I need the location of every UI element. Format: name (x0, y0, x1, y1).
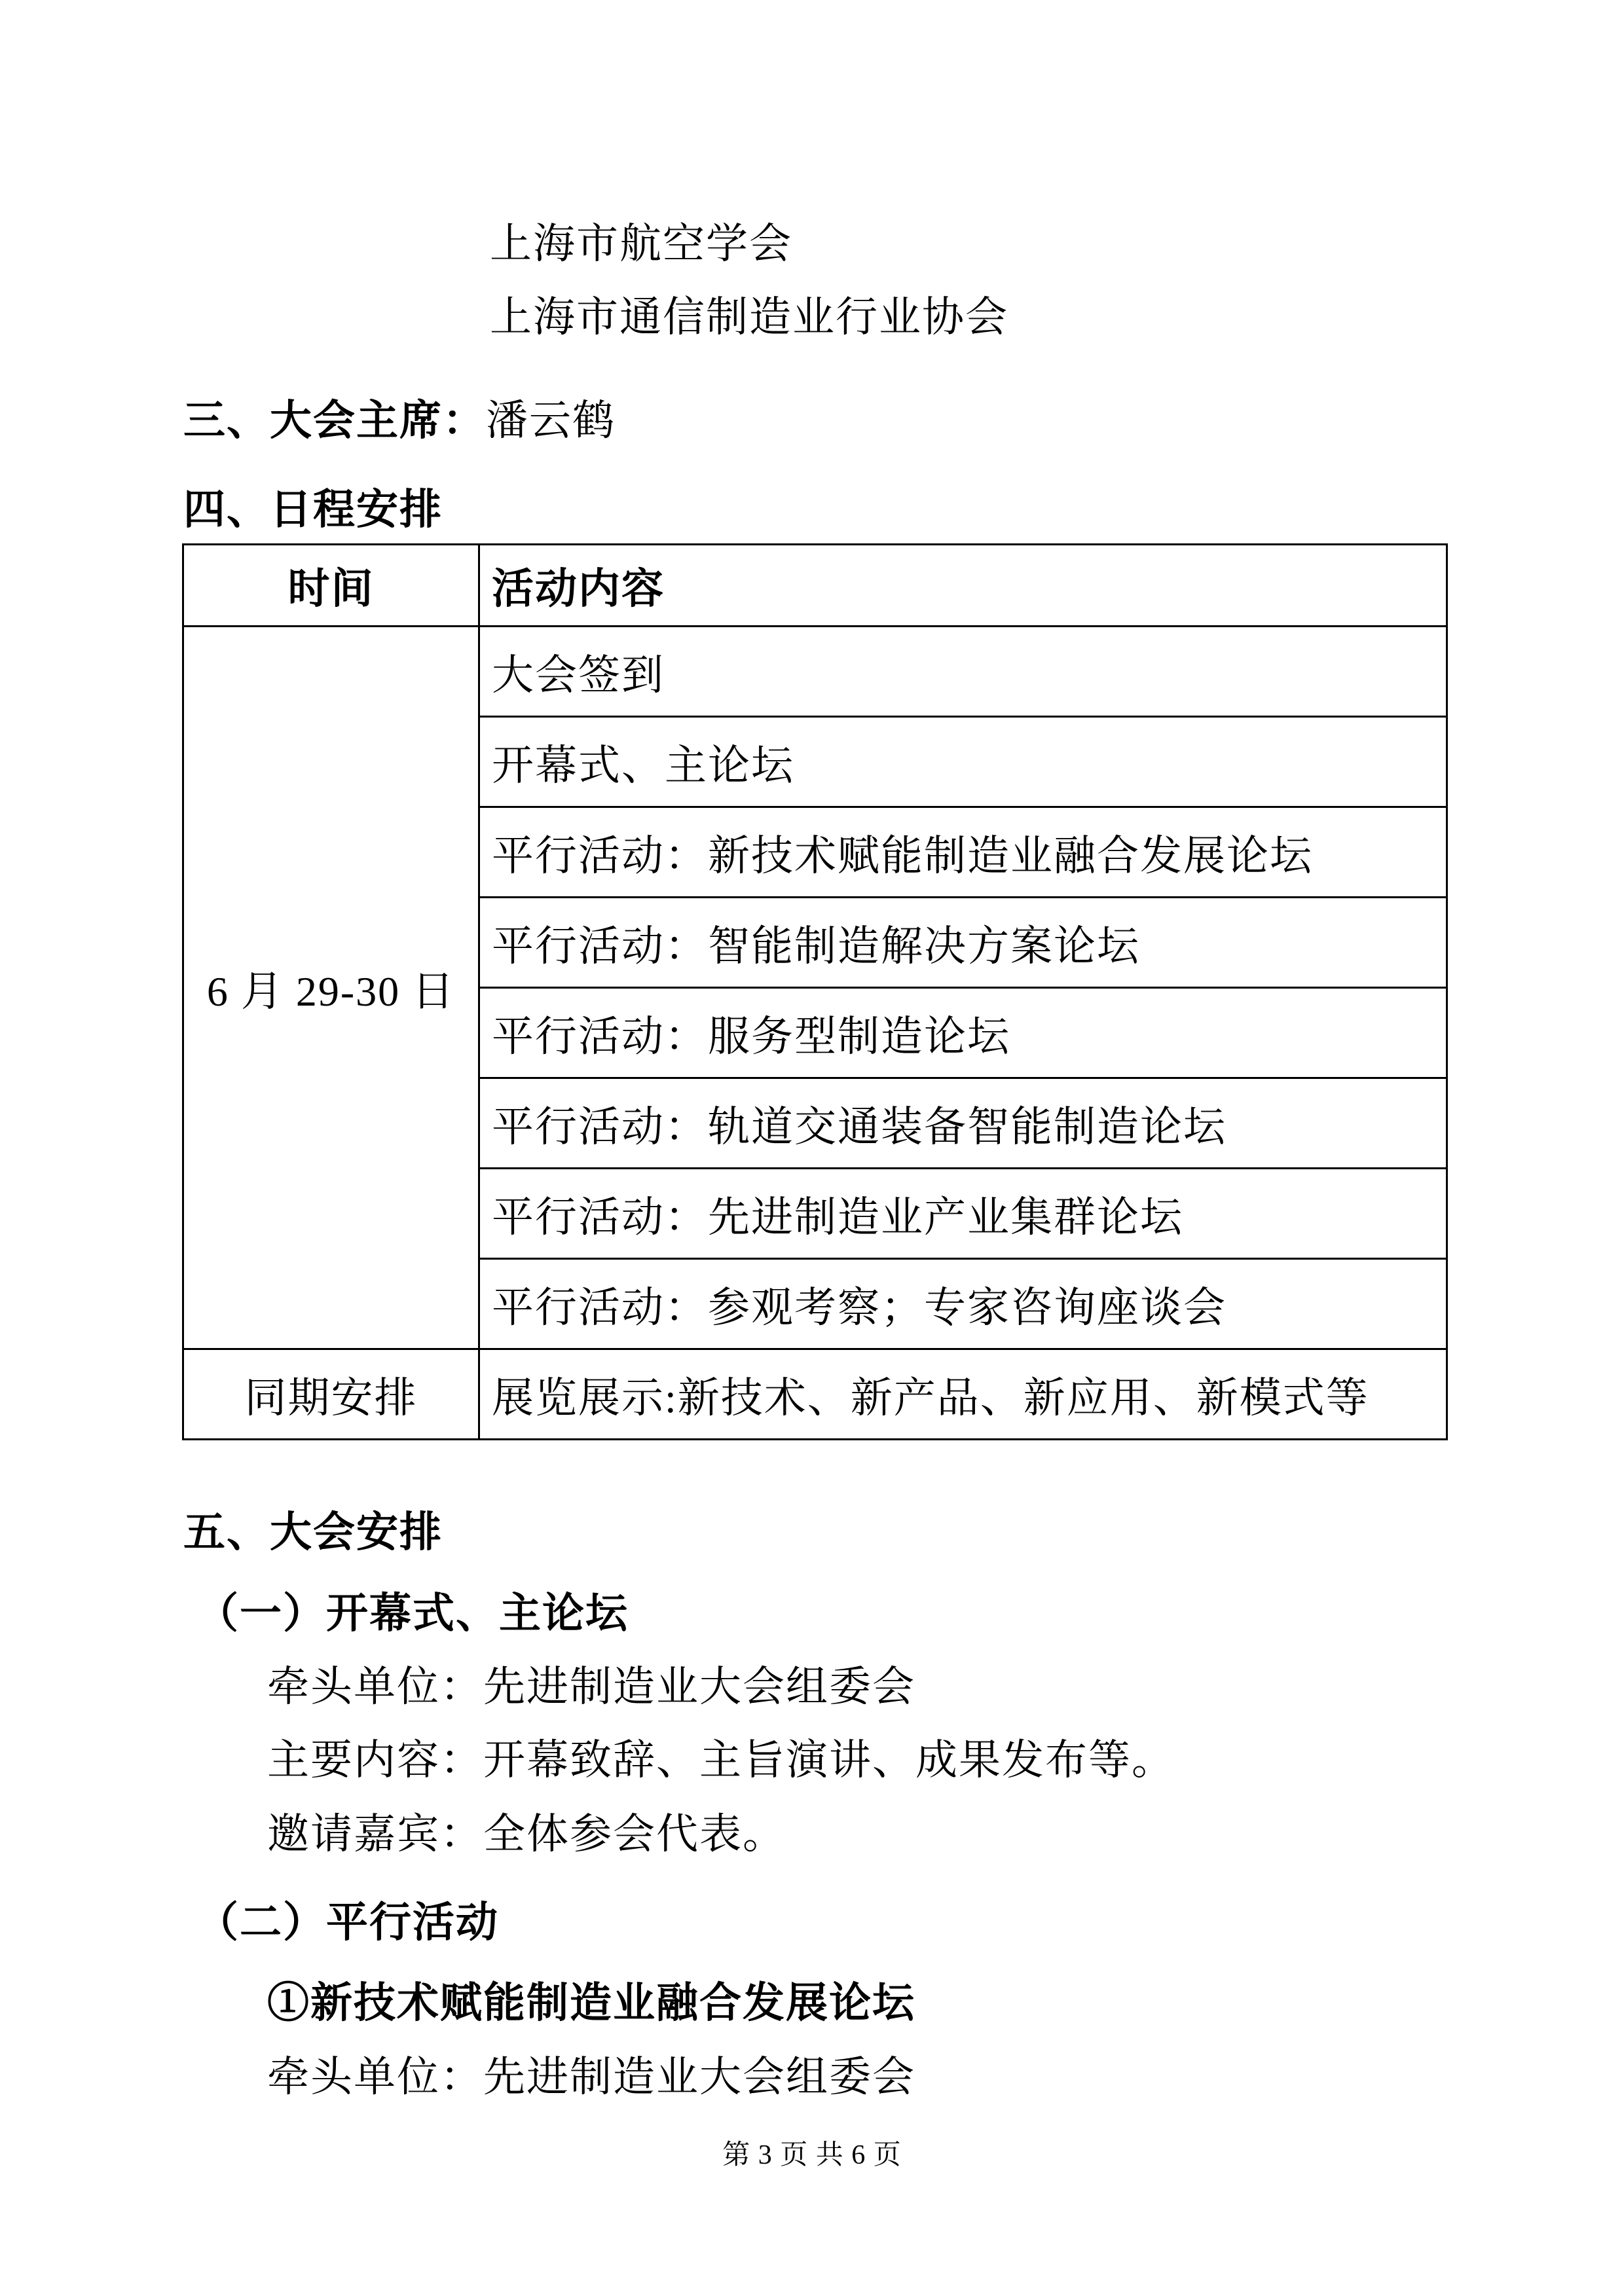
document-page: 上海市航空学会 上海市通信制造业行业协会 三、大会主席：潘云鹤 四、日程安排 时… (0, 0, 1624, 2296)
activity-cell: 平行活动：新技术赋能制造业融合发展论坛 (479, 807, 1447, 898)
sub-heading-opening: （一）开幕式、主论坛 (196, 1591, 629, 1637)
organizer-line-1: 上海市航空学会 (490, 221, 792, 267)
activity-cell: 平行活动：参观考察；专家咨询座谈会 (479, 1259, 1447, 1349)
table-header-row: 时间 活动内容 (183, 545, 1447, 627)
organizer-line-2: 上海市通信制造业行业协会 (490, 295, 1008, 340)
chairman-label: 三、大会主席： (183, 397, 486, 444)
concurrent-row: 同期安排 展览展示:新技术、新产品、新应用、新模式等 (183, 1349, 1447, 1440)
activity-cell: 平行活动：智能制造解决方案论坛 (479, 898, 1447, 988)
opening-main-content: 主要内容：开幕致辞、主旨演讲、成果发布等。 (267, 1738, 1175, 1783)
header-time: 时间 (183, 545, 479, 627)
parallel-lead-unit: 牵头单位：先进制造业大会组委会 (267, 2054, 915, 2100)
activity-cell: 平行活动：轨道交通装备智能制造论坛 (479, 1078, 1447, 1169)
activity-cell: 开幕式、主论坛 (479, 717, 1447, 807)
forum1-heading: ①新技术赋能制造业融合发展论坛 (267, 1980, 915, 2026)
table-row: 6 月 29-30 日 大会签到 (183, 627, 1447, 717)
concurrent-label-cell: 同期安排 (183, 1349, 479, 1440)
concurrent-content-cell: 展览展示:新技术、新产品、新应用、新模式等 (479, 1349, 1447, 1440)
schedule-table: 时间 活动内容 6 月 29-30 日 大会签到 开幕式、主论坛 平行活动：新技… (182, 543, 1448, 1440)
date-cell: 6 月 29-30 日 (183, 627, 479, 1349)
activity-cell: 平行活动：服务型制造论坛 (479, 988, 1447, 1078)
arrangement-heading: 五、大会安排 (183, 1510, 443, 1556)
activity-cell: 大会签到 (479, 627, 1447, 717)
activity-cell: 平行活动：先进制造业产业集群论坛 (479, 1169, 1447, 1259)
header-activity: 活动内容 (479, 545, 1447, 627)
chairman-name: 潘云鹤 (486, 397, 616, 444)
chairman-line: 三、大会主席：潘云鹤 (183, 398, 616, 444)
schedule-heading: 四、日程安排 (183, 487, 443, 533)
opening-guests: 邀请嘉宾：全体参会代表。 (267, 1812, 786, 1857)
page-footer: 第 3 页 共 6 页 (0, 2133, 1624, 2172)
sub-heading-parallel: （二）平行活动 (196, 1900, 499, 1946)
opening-lead-unit: 牵头单位：先进制造业大会组委会 (267, 1664, 915, 1710)
